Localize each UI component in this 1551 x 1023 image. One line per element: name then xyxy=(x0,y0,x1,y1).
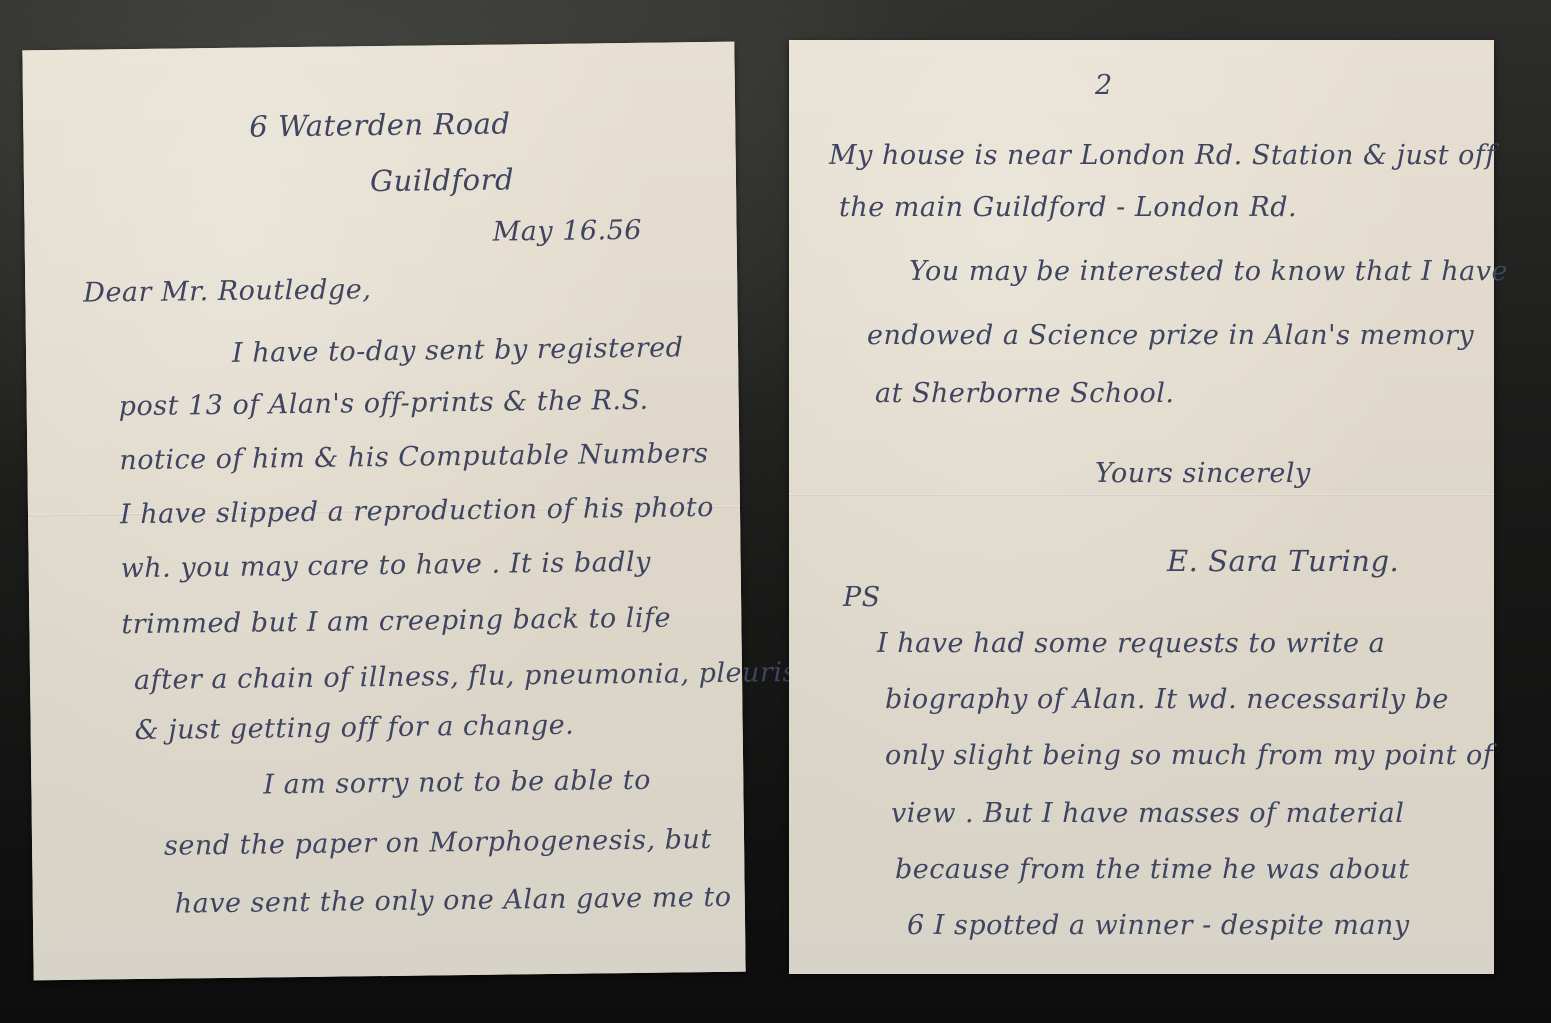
body-line: post 13 of Alan's off-prints & the R.S. xyxy=(119,385,649,422)
address-town: Guildford xyxy=(370,162,514,198)
postscript-label: PS xyxy=(843,582,881,613)
body-line: My house is near London Rd. Station & ju… xyxy=(829,140,1496,171)
salutation: Dear Mr. Routledge, xyxy=(83,274,371,309)
body-line: I have slipped a reproduction of his pho… xyxy=(120,492,714,530)
body-line: You may be interested to know that I hav… xyxy=(909,256,1508,287)
closing: Yours sincerely xyxy=(1095,458,1311,489)
letter-page-1: 6 Waterden Road Guildford May 16.56 Dear… xyxy=(22,42,745,981)
address-street: 6 Waterden Road xyxy=(249,106,511,143)
body-line: send the paper on Morphogenesis, but xyxy=(164,824,712,862)
signature: E. Sara Turing. xyxy=(1167,544,1399,578)
page-number: 2 xyxy=(1095,70,1113,101)
body-line: the main Guildford - London Rd. xyxy=(839,192,1297,223)
letter-page-2: 2 My house is near London Rd. Station & … xyxy=(789,40,1494,974)
body-line: I have to-day sent by registered xyxy=(232,332,684,369)
postscript-line: 6 I spotted a winner - despite many xyxy=(907,910,1410,941)
body-line: notice of him & his Computable Numbers xyxy=(119,438,709,476)
body-line: & just getting off for a change. xyxy=(134,710,574,746)
body-line: I am sorry not to be able to xyxy=(263,765,651,801)
postscript-line: because from the time he was about xyxy=(895,854,1410,885)
body-line: wh. you may care to have . It is badly xyxy=(120,547,651,584)
postscript-line: view . But I have masses of material xyxy=(891,798,1404,829)
body-line: have sent the only one Alan gave me to xyxy=(175,882,732,920)
letter-date: May 16.56 xyxy=(492,215,642,248)
postscript-line: I have had some requests to write a xyxy=(877,628,1385,659)
postscript-line: only slight being so much from my point … xyxy=(885,740,1493,771)
body-line: endowed a Science prize in Alan's memory xyxy=(867,320,1474,351)
fold-crease xyxy=(789,494,1494,496)
body-line: at Sherborne School. xyxy=(875,378,1174,409)
postscript-line: biography of Alan. It wd. necessarily be xyxy=(885,684,1449,715)
body-line: after a chain of illness, flu, pneumonia… xyxy=(134,657,813,696)
body-line: trimmed but I am creeping back to life xyxy=(121,603,671,641)
